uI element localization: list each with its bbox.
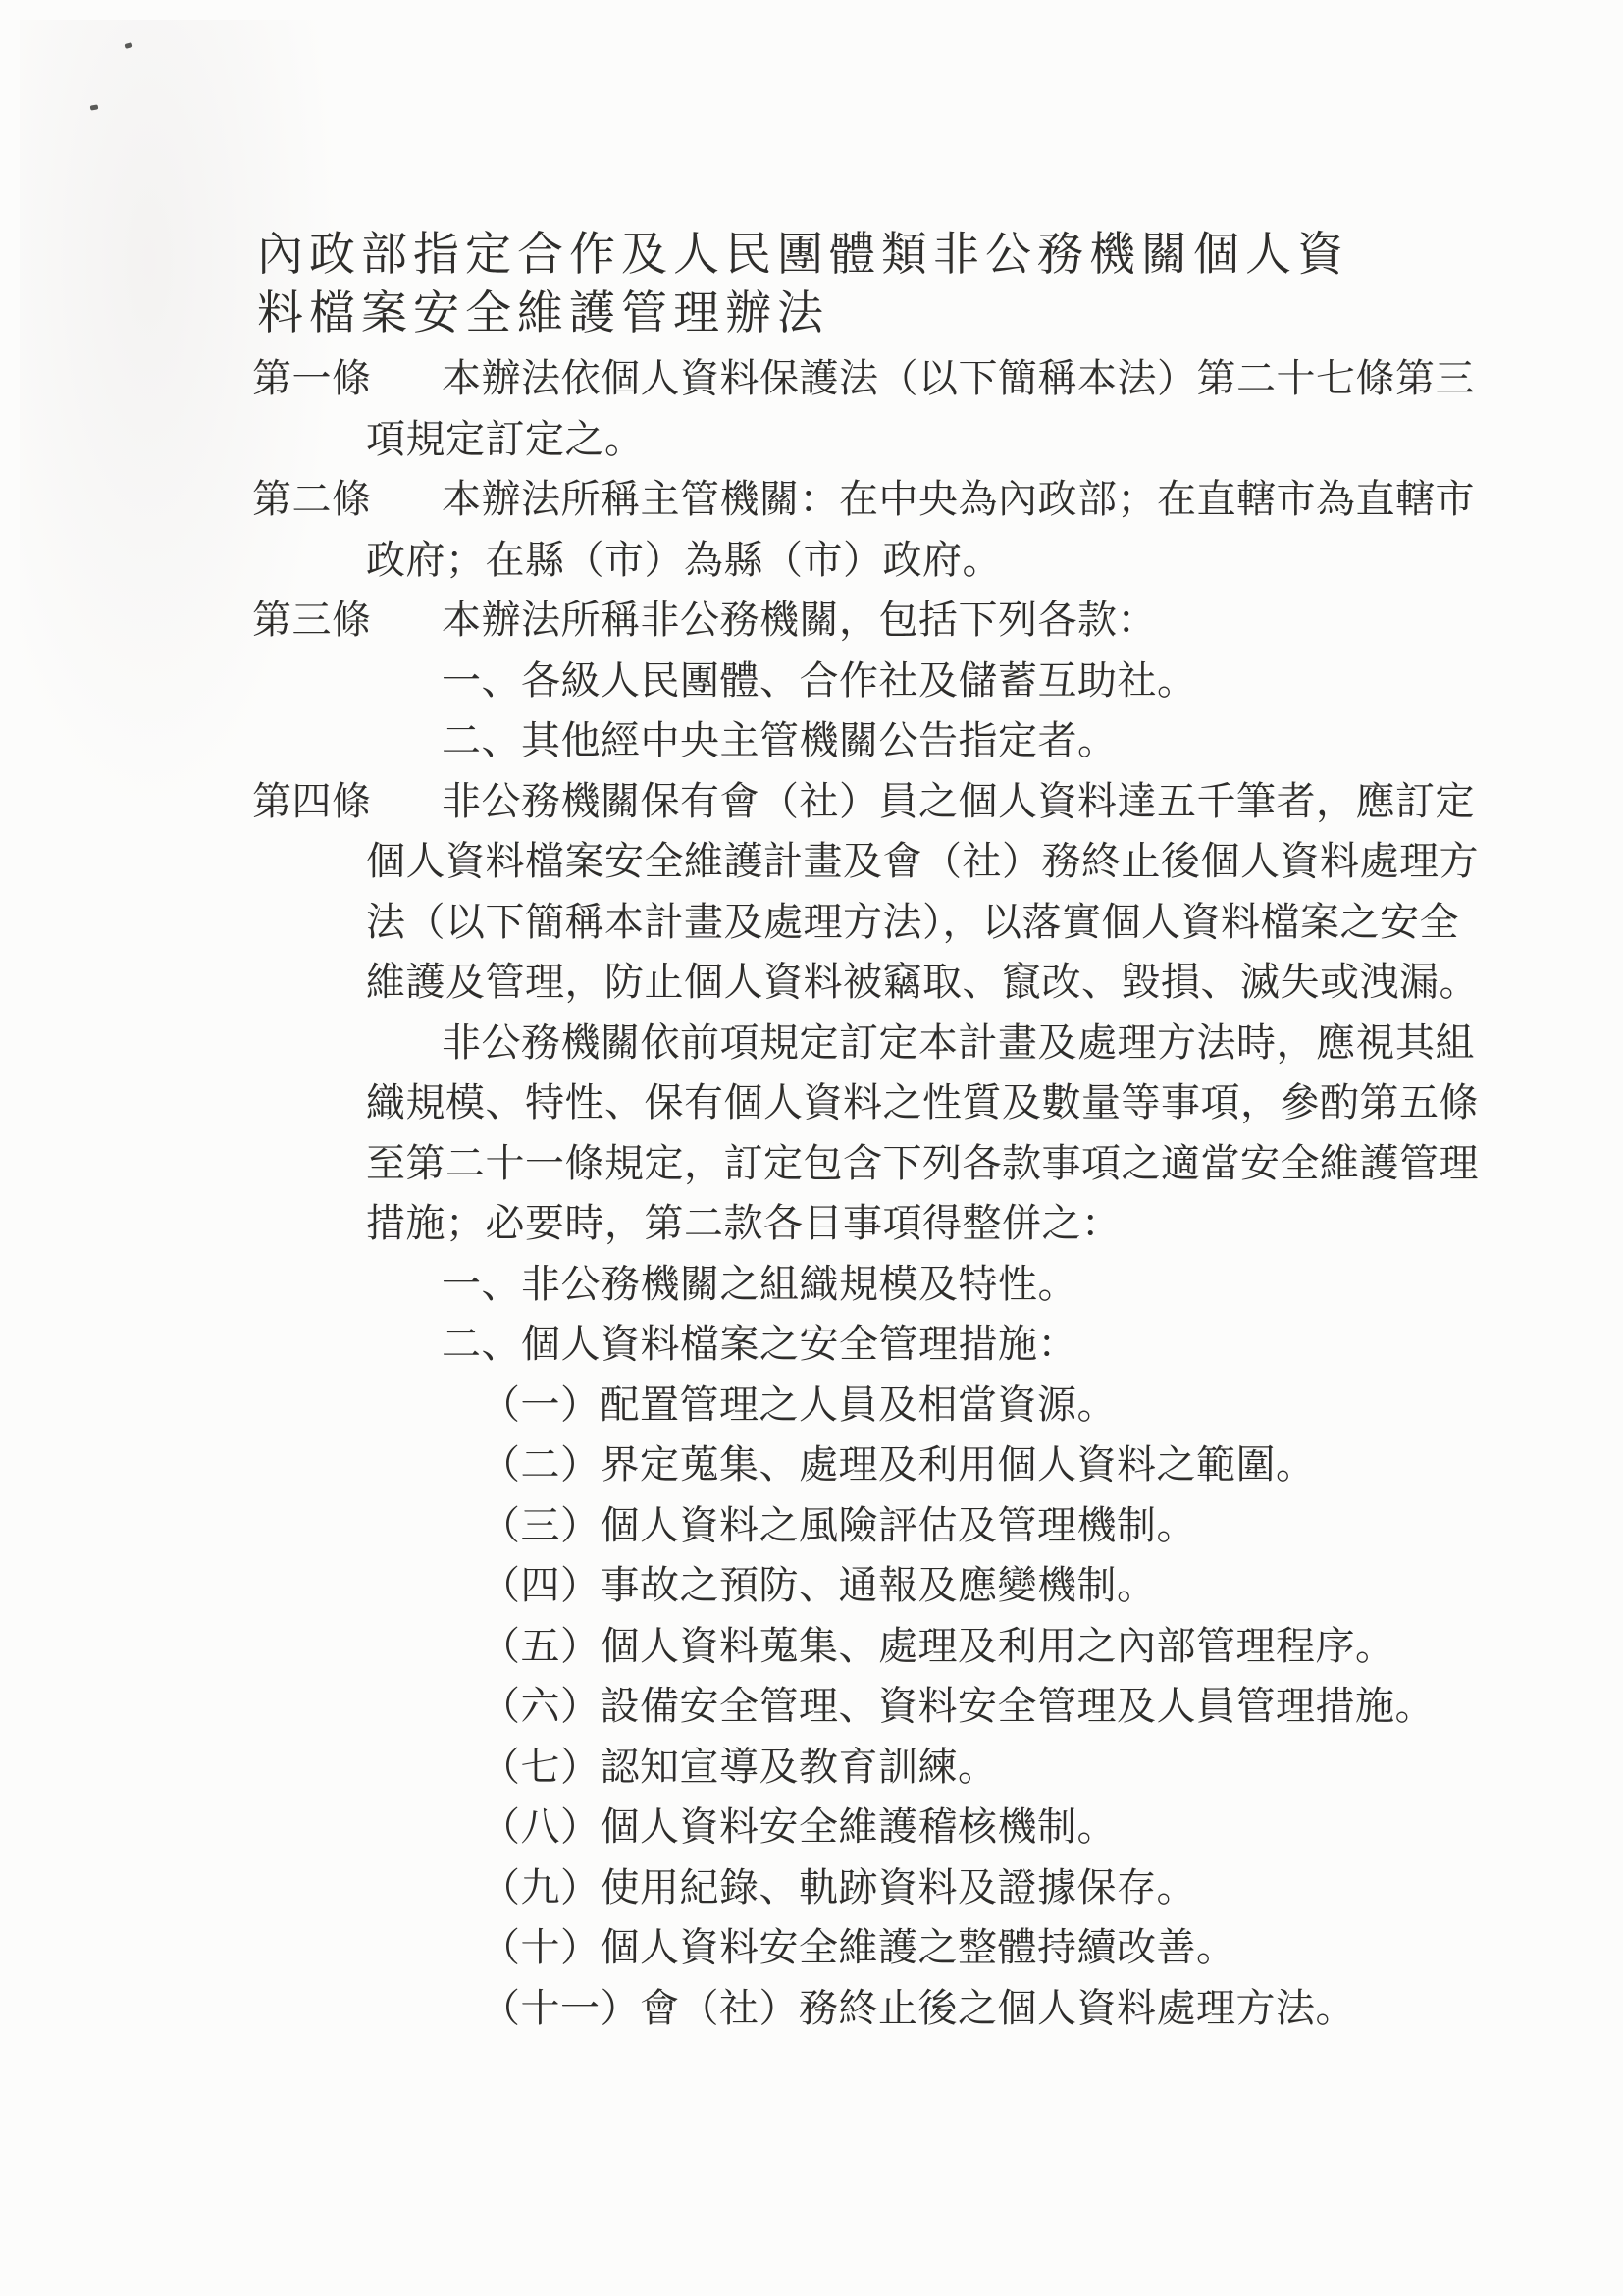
doc-line: 項規定訂定之。 xyxy=(366,409,1547,470)
title-line-1: 內政部指定合作及人民團體類非公務機關個人資 xyxy=(257,226,1349,285)
doc-line: 措施；必要時，第二款各目事項得整併之： xyxy=(366,1193,1547,1254)
line-text: （十一）會（社）務終止後之個人資料處理方法。 xyxy=(481,1986,1355,2030)
doc-line: 政府；在縣（市）為縣（市）政府。 xyxy=(366,530,1547,591)
sub-list-item: （五）個人資料蒐集、處理及利用之內部管理程序。 xyxy=(481,1616,1547,1677)
list-item: 一、非公務機關之組織規模及特性。 xyxy=(442,1254,1547,1315)
line-text: 一、各級人民團體、合作社及儲蓄互助社。 xyxy=(442,658,1197,703)
line-text: （五）個人資料蒐集、處理及利用之內部管理程序。 xyxy=(481,1624,1395,1668)
line-text: 本辦法所稱非公務機關，包括下列各款： xyxy=(442,598,1157,642)
line-text: （二）界定蒐集、處理及利用個人資料之範圍。 xyxy=(481,1442,1316,1487)
line-text: 法（以下簡稱本計畫及處理方法），以落實個人資料檔案之安全 xyxy=(366,900,1459,944)
line-text: 織規模、特性、保有個人資料之性質及數量等事項，參酌第五條 xyxy=(366,1080,1479,1124)
sub-list-item: （九）使用紀錄、軌跡資料及證據保存。 xyxy=(481,1857,1547,1918)
sub-list-item: （一）配置管理之人員及相當資源。 xyxy=(481,1375,1547,1435)
line-text: （九）使用紀錄、軌跡資料及證據保存。 xyxy=(481,1865,1196,1909)
line-text: （七）認知宣導及教育訓練。 xyxy=(481,1745,998,1789)
paragraph-start: 非公務機關依前項規定訂定本計畫及處理方法時，應視其組 xyxy=(442,1013,1547,1073)
article-line-1: 第一條本辦法依個人資料保護法（以下簡稱本法）第二十七條第三 xyxy=(252,348,1547,409)
line-text: 本辦法所稱主管機關：在中央為內政部；在直轄市為直轄市 xyxy=(442,477,1475,521)
article-line-4: 第四條非公務機關保有會（社）員之個人資料達五千筆者，應訂定 xyxy=(252,771,1547,832)
line-text: 一、非公務機關之組織規模及特性。 xyxy=(442,1262,1077,1306)
article-line-3: 第三條本辦法所稱非公務機關，包括下列各款： xyxy=(252,590,1547,651)
sub-list-item: （十）個人資料安全維護之整體持續改善。 xyxy=(481,1917,1547,1978)
line-text: 非公務機關保有會（社）員之個人資料達五千筆者，應訂定 xyxy=(442,779,1475,823)
sub-list-item: （八）個人資料安全維護稽核機制。 xyxy=(481,1797,1547,1857)
document-title: 內政部指定合作及人民團體類非公務機關個人資 料檔案安全維護管理辦法 xyxy=(257,226,1349,343)
line-text: （八）個人資料安全維護稽核機制。 xyxy=(481,1804,1117,1849)
sub-list-item: （三）個人資料之風險評估及管理機制。 xyxy=(481,1495,1547,1556)
line-text: （三）個人資料之風險評估及管理機制。 xyxy=(481,1503,1196,1547)
line-text: （四）事故之預防、通報及應變機制。 xyxy=(481,1563,1157,1607)
document-body: 第一條本辦法依個人資料保護法（以下簡稱本法）第二十七條第三 項規定訂定之。 第二… xyxy=(252,348,1547,2038)
article-line-2: 第二條本辦法所稱主管機關：在中央為內政部；在直轄市為直轄市 xyxy=(252,469,1547,530)
line-text: 非公務機關依前項規定訂定本計畫及處理方法時，應視其組 xyxy=(442,1020,1475,1065)
article-number: 第三條 xyxy=(252,590,442,651)
doc-line: 法（以下簡稱本計畫及處理方法），以落實個人資料檔案之安全 xyxy=(366,892,1547,953)
scanned-document-page: 內政部指定合作及人民團體類非公務機關個人資 料檔案安全維護管理辦法 第一條本辦法… xyxy=(0,0,1623,2296)
list-item: 二、個人資料檔案之安全管理措施： xyxy=(442,1314,1547,1375)
line-text: 本辦法依個人資料保護法（以下簡稱本法）第二十七條第三 xyxy=(442,356,1475,400)
line-text: 至第二十一條規定，訂定包含下列各款事項之適當安全維護管理 xyxy=(366,1141,1479,1185)
article-number: 第二條 xyxy=(252,469,442,530)
line-text: 二、個人資料檔案之安全管理措施： xyxy=(442,1322,1077,1366)
sub-list-item: （四）事故之預防、通報及應變機制。 xyxy=(481,1555,1547,1616)
line-text: 維護及管理，防止個人資料被竊取、竄改、毀損、滅失或洩漏。 xyxy=(366,960,1479,1004)
title-line-2: 料檔案安全維護管理辦法 xyxy=(257,285,1349,343)
doc-line: 至第二十一條規定，訂定包含下列各款事項之適當安全維護管理 xyxy=(366,1133,1547,1194)
scan-speck xyxy=(90,104,99,110)
line-text: 個人資料檔案安全維護計畫及會（社）務終止後個人資料處理方 xyxy=(366,839,1479,883)
doc-line: 維護及管理，防止個人資料被竊取、竄改、毀損、滅失或洩漏。 xyxy=(366,952,1547,1013)
doc-line: 織規模、特性、保有個人資料之性質及數量等事項，參酌第五條 xyxy=(366,1072,1547,1133)
line-text: 二、其他經中央主管機關公告指定者。 xyxy=(442,718,1118,762)
scan-speck xyxy=(124,42,132,49)
sub-list-item: （二）界定蒐集、處理及利用個人資料之範圍。 xyxy=(481,1435,1547,1495)
sub-list-item: （十一）會（社）務終止後之個人資料處理方法。 xyxy=(481,1978,1547,2039)
doc-line: 個人資料檔案安全維護計畫及會（社）務終止後個人資料處理方 xyxy=(366,831,1547,892)
article-number: 第四條 xyxy=(252,771,442,832)
line-text: 措施；必要時，第二款各目事項得整併之： xyxy=(366,1201,1122,1245)
list-item: 一、各級人民團體、合作社及儲蓄互助社。 xyxy=(442,651,1547,711)
sub-list-item: （六）設備安全管理、資料安全管理及人員管理措施。 xyxy=(481,1676,1547,1737)
line-text: 政府；在縣（市）為縣（市）政府。 xyxy=(366,538,1002,582)
sub-list-item: （七）認知宣導及教育訓練。 xyxy=(481,1737,1547,1798)
line-text: 項規定訂定之。 xyxy=(366,417,645,461)
line-text: （十）個人資料安全維護之整體持續改善。 xyxy=(481,1925,1236,1969)
line-text: （六）設備安全管理、資料安全管理及人員管理措施。 xyxy=(481,1684,1435,1728)
line-text: （一）配置管理之人員及相當資源。 xyxy=(481,1383,1117,1427)
list-item: 二、其他經中央主管機關公告指定者。 xyxy=(442,710,1547,771)
article-number: 第一條 xyxy=(252,348,442,409)
